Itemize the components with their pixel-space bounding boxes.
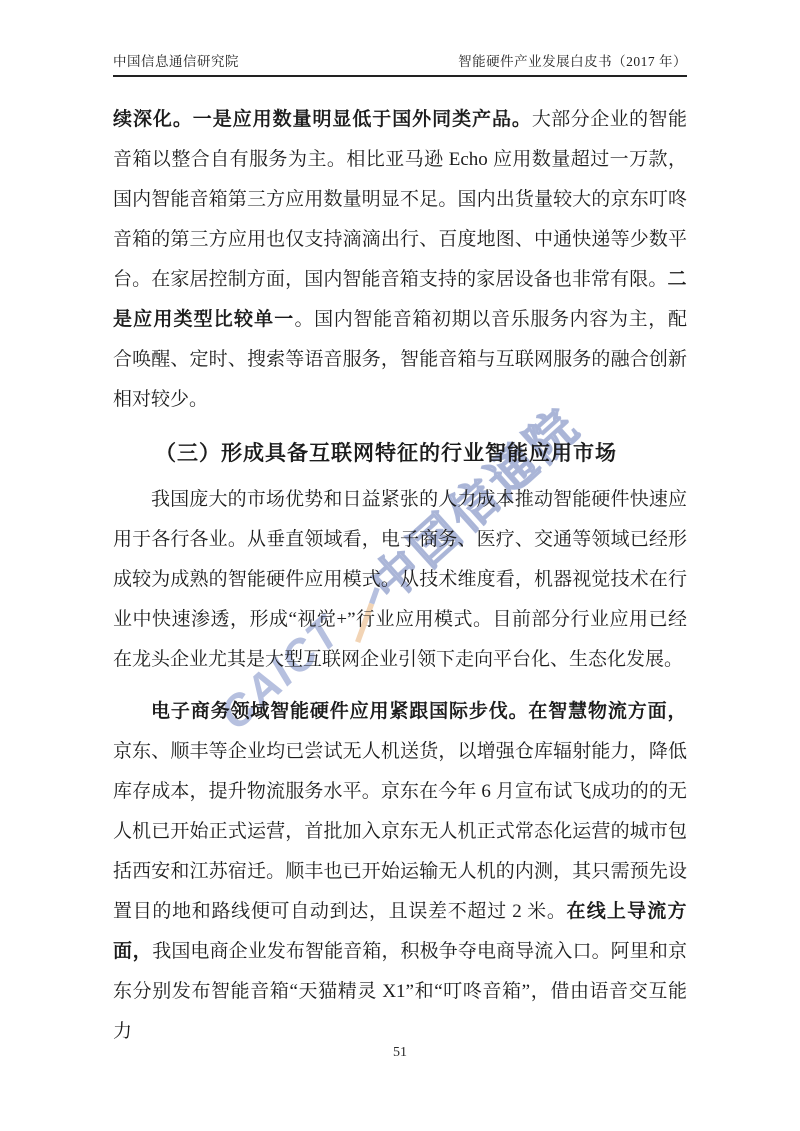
- text-run: 我国电商企业发布智能音箱，积极争夺电商导流入口。阿里和京东分别发布智能音箱“天猫…: [113, 941, 687, 1042]
- paragraph-continued: 续深化。一是应用数量明显低于国外同类产品。大部分企业的智能音箱以整合自有服务为主…: [113, 100, 687, 420]
- document-page: 中国信息通信研究院 智能硬件产业发展白皮书（2017 年） CAICT 中国信通…: [0, 0, 800, 1131]
- header-right-title: 智能硬件产业发展白皮书（2017 年）: [458, 50, 687, 70]
- text-run-bold: 续深化。一是应用数量明显低于国外同类产品。: [113, 109, 532, 130]
- header-divider: [113, 75, 687, 77]
- text-run: 京东、顺丰等企业均已尝试无人机送货，以增强仓库辐射能力，降低库存成本，提升物流服…: [113, 741, 687, 922]
- section-heading: （三）形成具备互联网特征的行业智能应用市场: [113, 433, 687, 473]
- page-header: 中国信息通信研究院 智能硬件产业发展白皮书（2017 年）: [113, 50, 687, 77]
- text-run-bold: 电子商务领域智能硬件应用紧跟国际步伐。在智慧物流方面，: [151, 701, 687, 722]
- header-left-title: 中国信息通信研究院: [113, 50, 239, 70]
- paragraph-market-overview: 我国庞大的市场优势和日益紧张的人力成本推动智能硬件快速应用于各行各业。从垂直领域…: [113, 480, 687, 680]
- text-run: 我国庞大的市场优势和日益紧张的人力成本推动智能硬件快速应用于各行各业。从垂直领域…: [113, 489, 687, 670]
- text-run: 大部分企业的智能音箱以整合自有服务为主。相比亚马逊 Echo 应用数量超过一万款…: [113, 109, 687, 290]
- document-body: 续深化。一是应用数量明显低于国外同类产品。大部分企业的智能音箱以整合自有服务为主…: [113, 100, 687, 1052]
- paragraph-ecommerce: 电子商务领域智能硬件应用紧跟国际步伐。在智慧物流方面，京东、顺丰等企业均已尝试无…: [113, 692, 687, 1052]
